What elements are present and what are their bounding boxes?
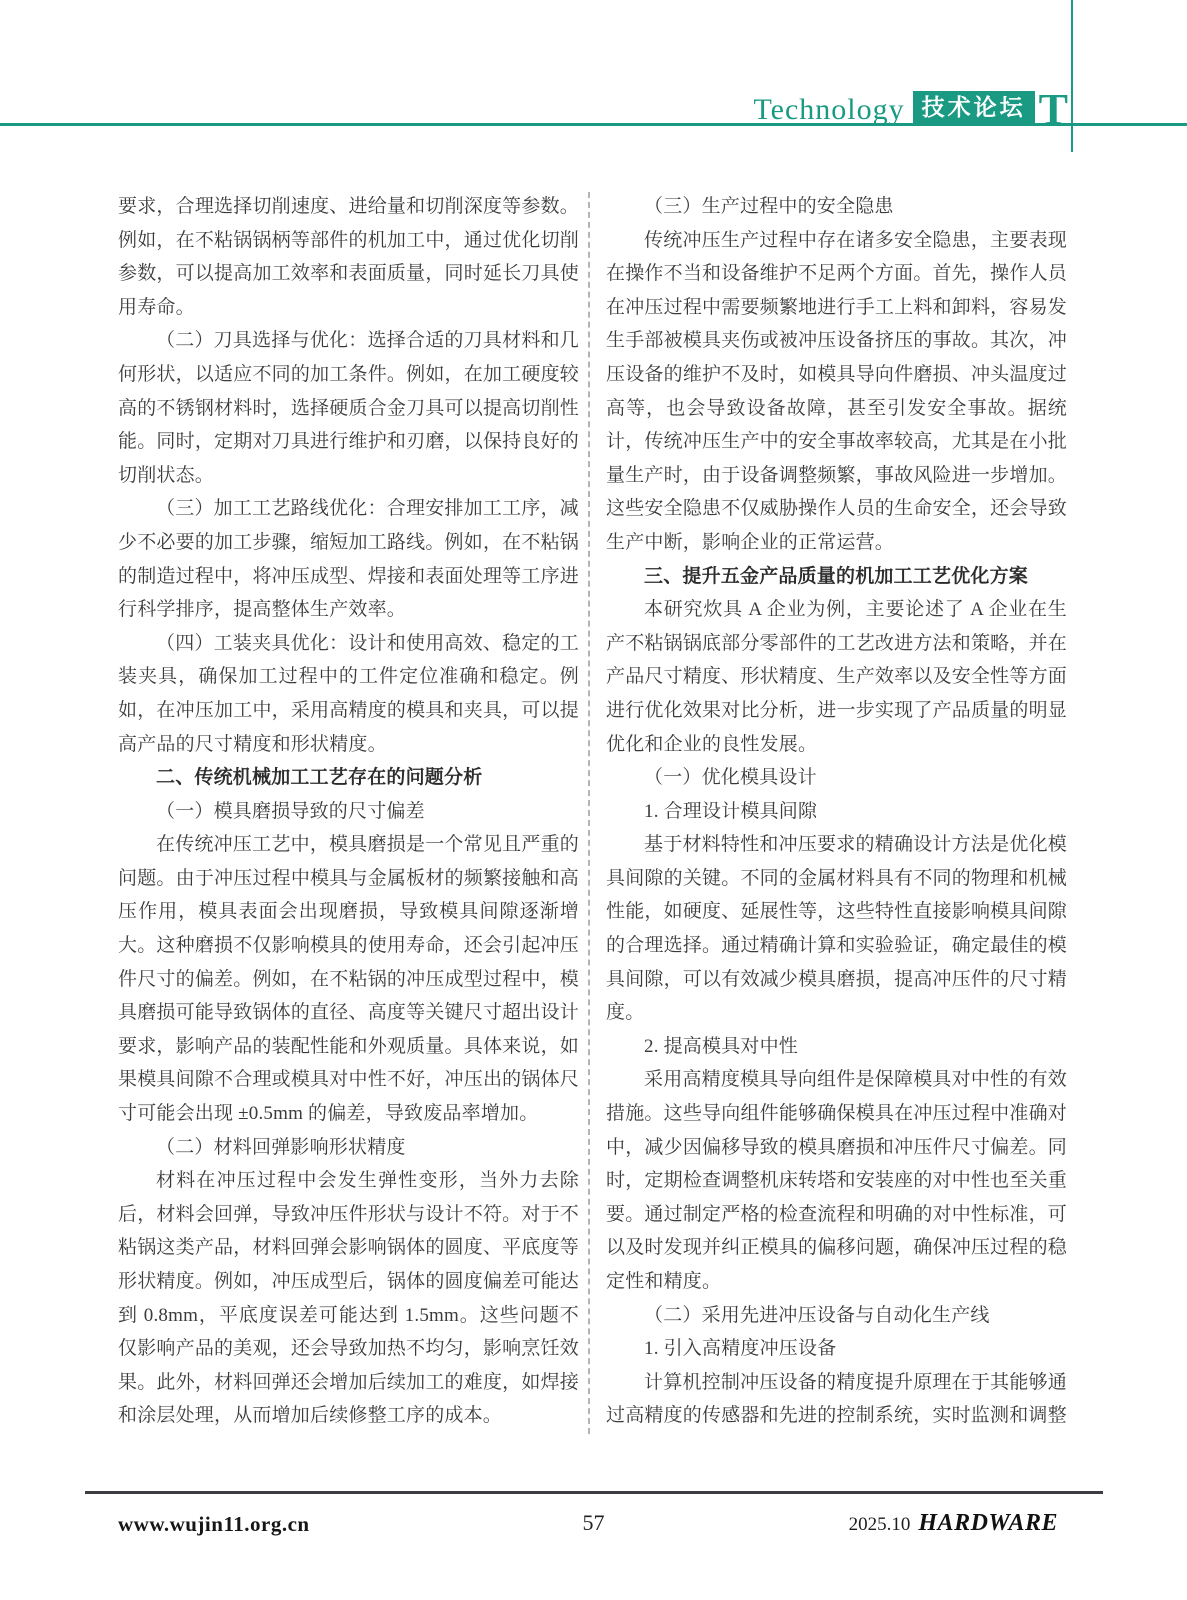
subsection-heading: （一）优化模具设计 xyxy=(606,761,1067,795)
paragraph: （三）加工工艺路线优化：合理安排加工工序，减少不必要的加工步骤，缩短加工路线。例… xyxy=(118,492,579,626)
paragraph: 采用高精度模具导向组件是保障模具对中性的有效措施。这些导向组件能够确保模具在冲压… xyxy=(606,1063,1067,1298)
paragraph: 计算机控制冲压设备的精度提升原理在于其能够通过高精度的传感器和先进的控制系统，实… xyxy=(606,1366,1067,1433)
header-title-en: Technology xyxy=(753,95,904,125)
subsection-heading: （二）采用先进冲压设备与自动化生产线 xyxy=(606,1299,1067,1333)
page-header: Technology 技术论坛 T xyxy=(0,0,1068,123)
paragraph: （二）刀具选择与优化：选择合适的刀具材料和几何形状，以适应不同的加工条件。例如，… xyxy=(118,324,579,492)
paragraph: 在传统冲压工艺中，模具磨损是一个常见且严重的问题。由于冲压过程中模具与金属板材的… xyxy=(118,828,579,1130)
paragraph: 要求，合理选择切削速度、进给量和切削深度等参数。例如，在不粘锅锅柄等部件的机加工… xyxy=(118,190,579,324)
column-divider xyxy=(588,192,590,1434)
numbered-subheading: 2. 提高模具对中性 xyxy=(606,1030,1067,1064)
header-big-initial: T xyxy=(1039,93,1068,127)
left-column: 要求，合理选择切削速度、进给量和切削深度等参数。例如，在不粘锅锅柄等部件的机加工… xyxy=(118,190,579,1433)
footer-rule-line xyxy=(85,1491,1103,1494)
paragraph: 传统冲压生产过程中存在诸多安全隐患，主要表现在操作不当和设备维护不足两个方面。首… xyxy=(606,224,1067,560)
paragraph: 材料在冲压过程中会发生弹性变形，当外力去除后，材料会回弹，导致冲压件形状与设计不… xyxy=(118,1164,579,1433)
paragraph: 基于材料特性和冲压要求的精确设计方法是优化模具间隙的关键。不同的金属材料具有不同… xyxy=(606,828,1067,1030)
footer-magazine-name: HARDWARE xyxy=(918,1510,1058,1537)
subsection-heading: （二）材料回弹影响形状精度 xyxy=(118,1131,579,1165)
journal-page: Technology 技术论坛 T 要求，合理选择切削速度、进给量和切削深度等参… xyxy=(0,0,1187,1600)
header-badge: 技术论坛 xyxy=(913,91,1035,123)
header-vertical-line xyxy=(1071,0,1073,152)
section-heading: 三、提升五金产品质量的机加工工艺优化方案 xyxy=(606,560,1067,594)
footer-issue-date: 2025.10 xyxy=(849,1514,911,1536)
footer-issue-group: 2025.10 HARDWARE xyxy=(849,1510,1058,1537)
right-column: （三）生产过程中的安全隐患 传统冲压生产过程中存在诸多安全隐患，主要表现在操作不… xyxy=(606,190,1067,1433)
numbered-subheading: 1. 引入高精度冲压设备 xyxy=(606,1332,1067,1366)
paragraph: （四）工装夹具优化：设计和使用高效、稳定的工装夹具，确保加工过程中的工件定位准确… xyxy=(118,627,579,761)
numbered-subheading: 1. 合理设计模具间隙 xyxy=(606,795,1067,829)
paragraph: 本研究炊具 A 企业为例，主要论述了 A 企业在生产不粘锅锅底部分零部件的工艺改… xyxy=(606,593,1067,761)
subsection-heading: （三）生产过程中的安全隐患 xyxy=(606,190,1067,224)
section-heading: 二、传统机械加工工艺存在的问题分析 xyxy=(118,761,579,795)
subsection-heading: （一）模具磨损导致的尺寸偏差 xyxy=(118,795,579,829)
header-rule-line xyxy=(0,123,1187,126)
